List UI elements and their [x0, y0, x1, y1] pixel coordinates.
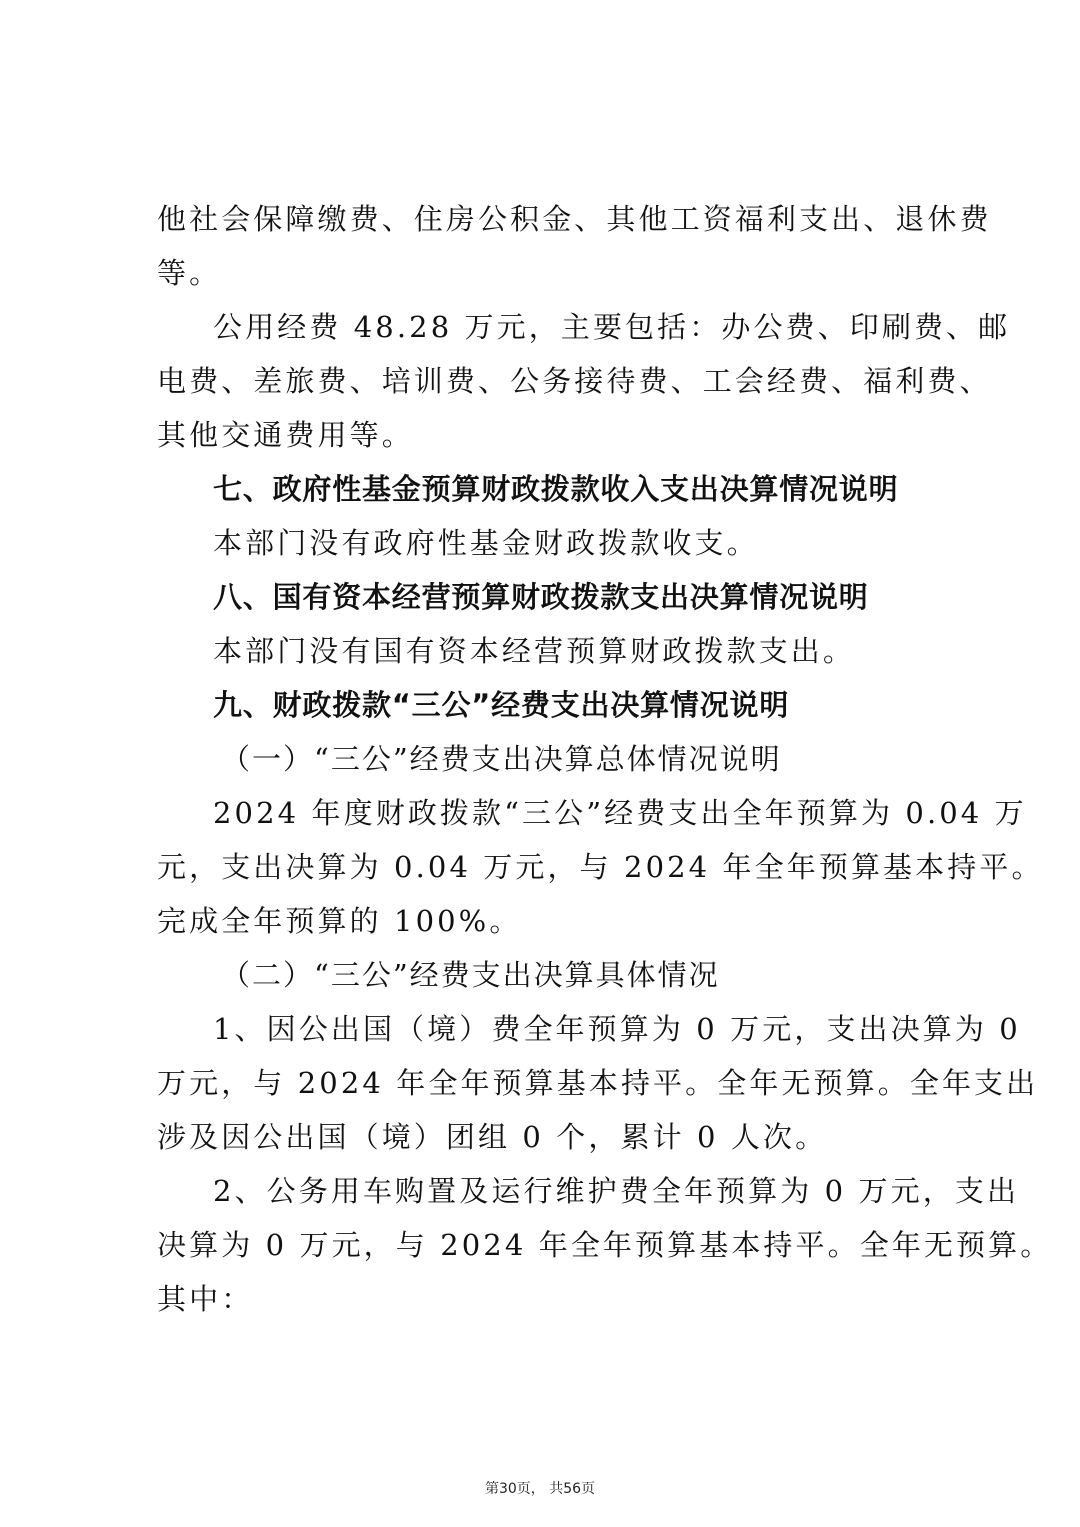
paragraph-overseas-travel-line: 1、因公出国（境）费全年预算为 0 万元，支出决算为 0 [157, 1006, 903, 1060]
paragraph-public-expenses-line: 电费、差旅费、培训费、公务接待费、工会经费、福利费、 [157, 358, 903, 412]
paragraph-vehicle-expenses-line: 决算为 0 万元，与 2024 年全年预算基本持平。全年无预算。 [157, 1222, 903, 1276]
paragraph-personnel-expenses-line: 等。 [157, 250, 903, 304]
paragraph-section-8: 本部门没有国有资本经营预算财政拨款支出。 [157, 628, 903, 682]
paragraph-personnel-expenses-line: 他社会保障缴费、住房公积金、其他工资福利支出、退休费 [157, 196, 903, 250]
paragraph-vehicle-expenses-line: 2、公务用车购置及运行维护费全年预算为 0 万元，支出 [157, 1168, 903, 1222]
section-heading-7: 七、政府性基金预算财政拨款收入支出决算情况说明 [157, 466, 903, 520]
subheading-9-2: （二）“三公”经费支出决算具体情况 [157, 952, 903, 1006]
paragraph-three-public-overall-line: 元，支出决算为 0.04 万元，与 2024 年全年预算基本持平。 [157, 844, 903, 898]
paragraph-public-expenses-line: 公用经费 48.28 万元，主要包括：办公费、印刷费、邮 [157, 304, 903, 358]
section-heading-9: 九、财政拨款“三公”经费支出决算情况说明 [157, 682, 903, 736]
section-heading-8: 八、国有资本经营预算财政拨款支出决算情况说明 [157, 574, 903, 628]
document-page: 他社会保障缴费、住房公积金、其他工资福利支出、退休费 等。 公用经费 48.28… [157, 196, 903, 1330]
paragraph-section-7: 本部门没有政府性基金财政拨款收支。 [157, 520, 903, 574]
paragraph-overseas-travel-line: 涉及因公出国（境）团组 0 个，累计 0 人次。 [157, 1114, 903, 1168]
paragraph-overseas-travel-line: 万元，与 2024 年全年预算基本持平。全年无预算。全年支出 [157, 1060, 903, 1114]
page-number-footer: 第30页， 共56页 [0, 1478, 1080, 1498]
paragraph-three-public-overall-line: 完成全年预算的 100%。 [157, 898, 903, 952]
paragraph-public-expenses-line: 其他交通费用等。 [157, 412, 903, 466]
paragraph-three-public-overall-line: 2024 年度财政拨款“三公”经费支出全年预算为 0.04 万 [157, 790, 903, 844]
subheading-9-1: （一）“三公”经费支出决算总体情况说明 [157, 736, 903, 790]
paragraph-vehicle-expenses-line: 其中： [157, 1276, 903, 1330]
